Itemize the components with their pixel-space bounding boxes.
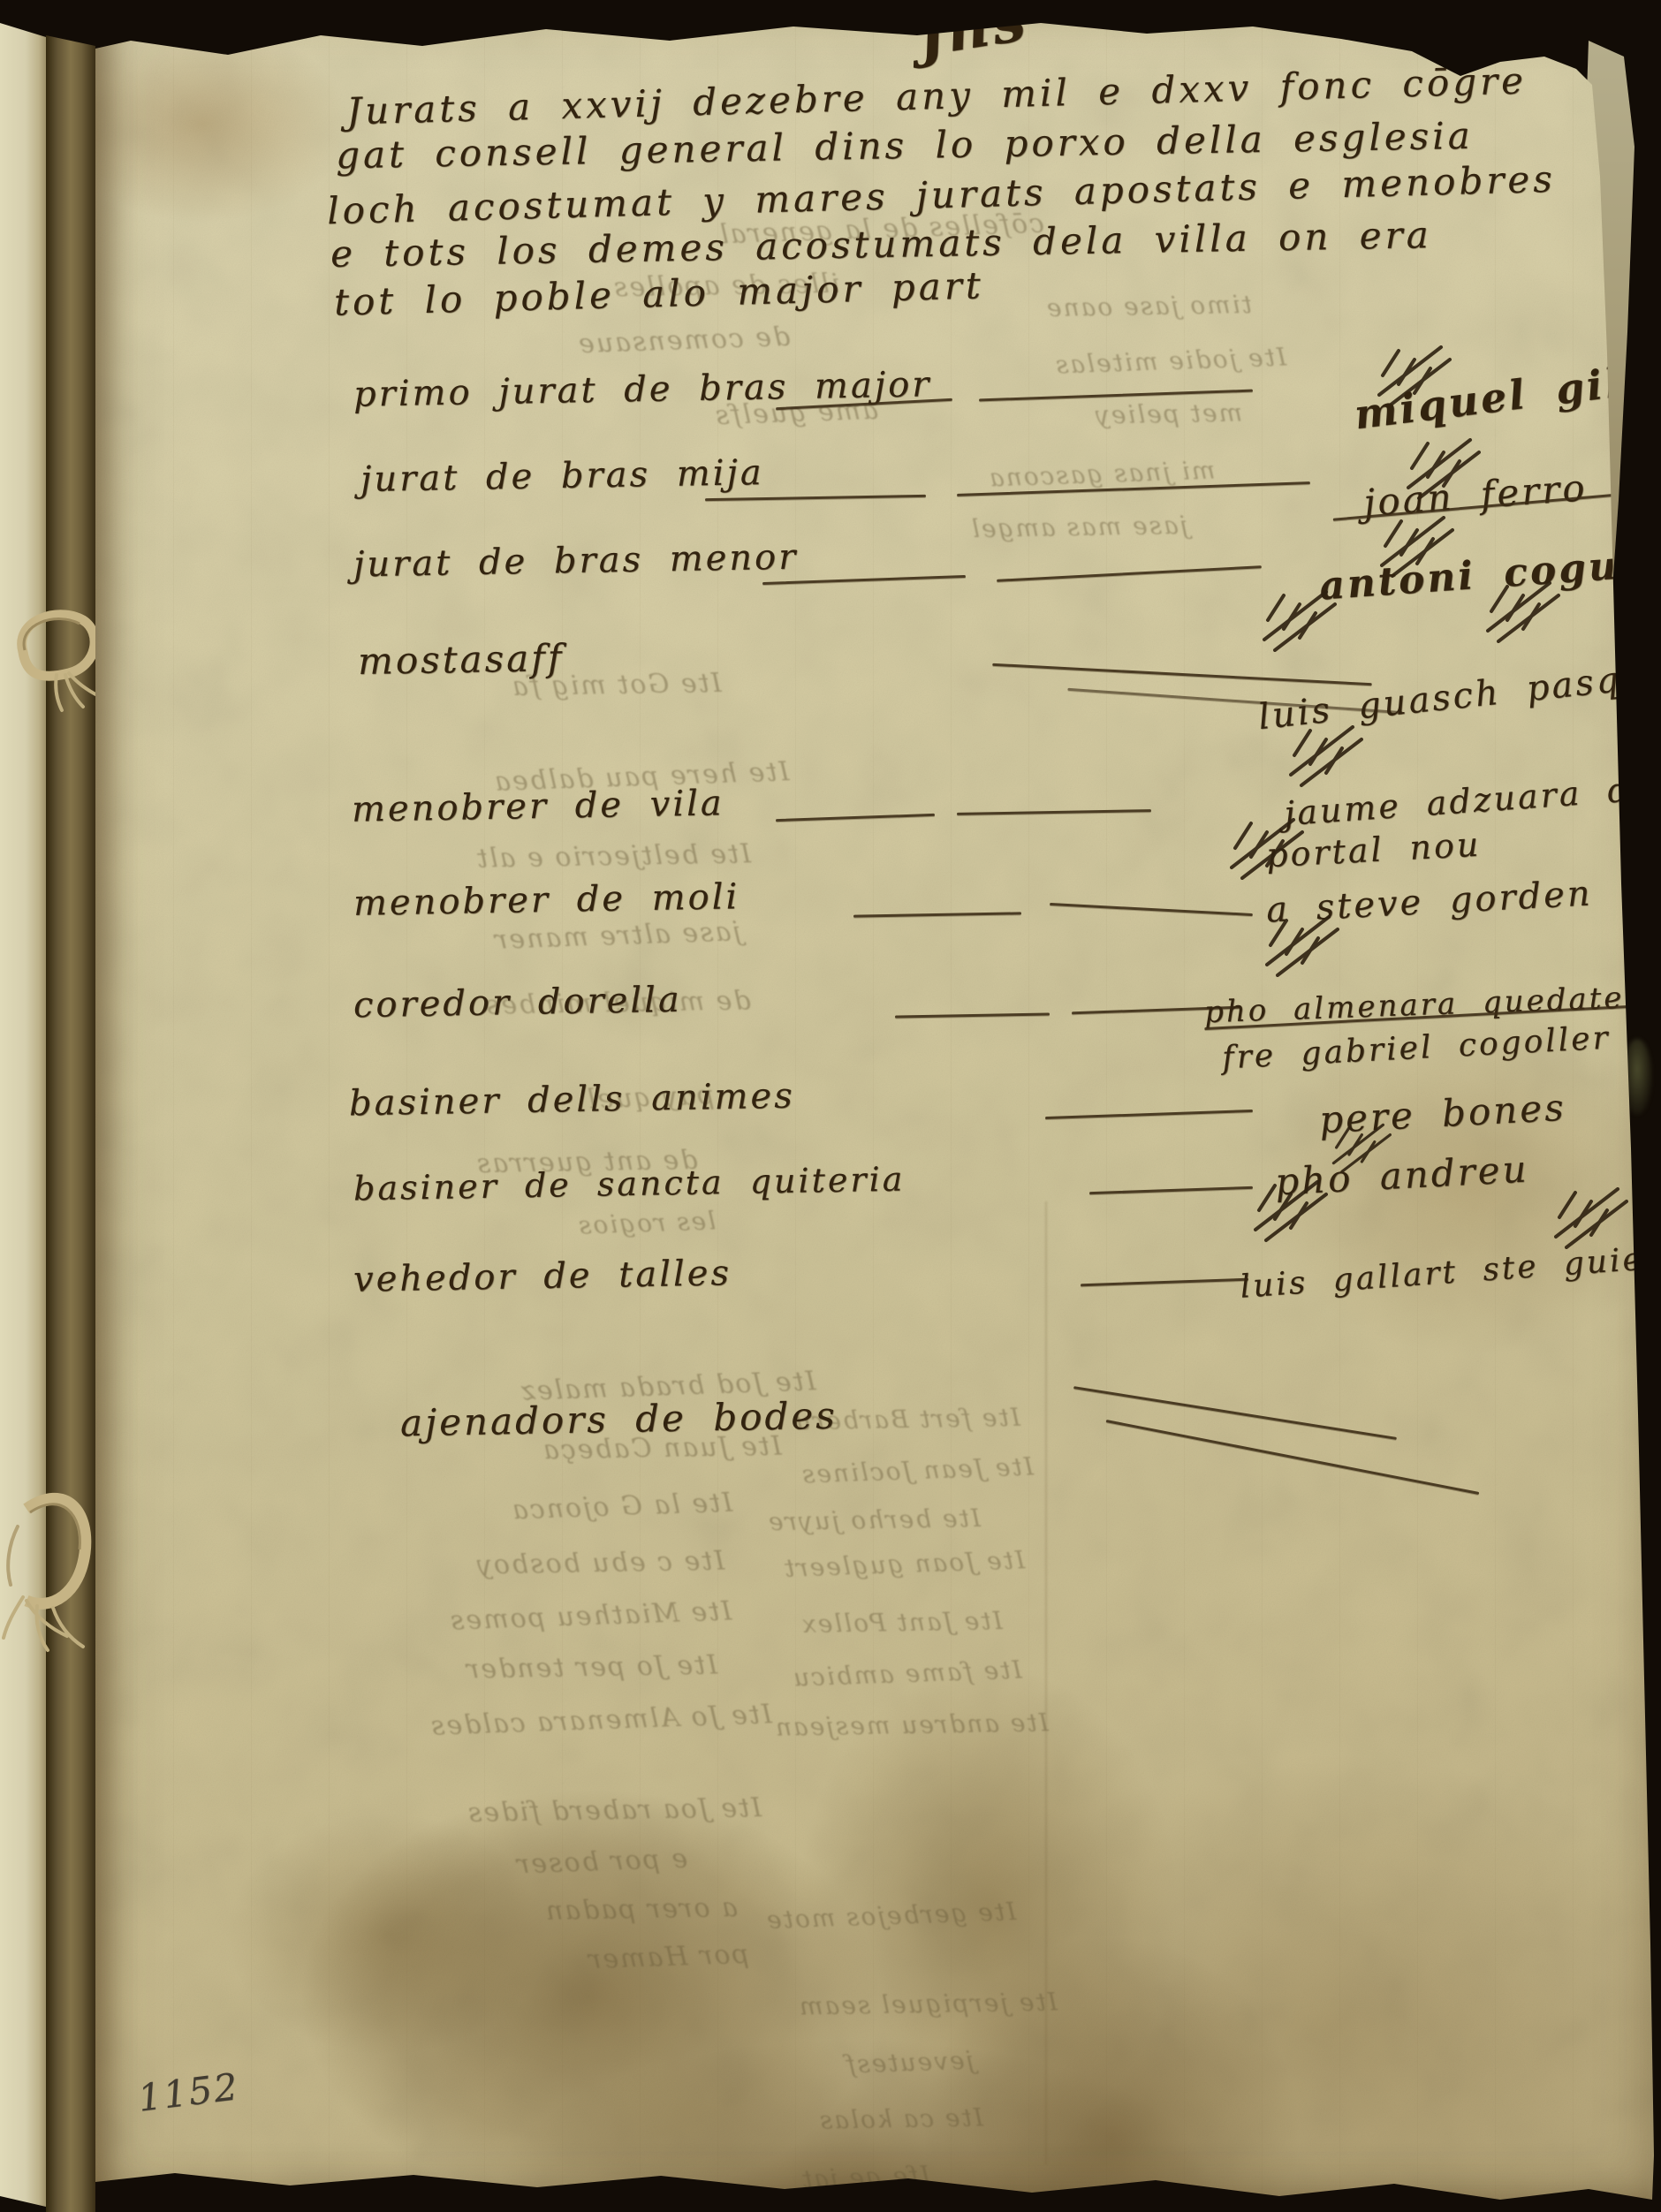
- ink-dash: [992, 663, 1372, 686]
- paper-crease: [1045, 1201, 1047, 2164]
- bleedthrough-text: Ite beltjecrio e alt: [475, 838, 752, 874]
- bleedthrough-text: Ite Jo Almenara caldes: [429, 1699, 773, 1742]
- bleedthrough-text: met peliey: [1094, 398, 1243, 430]
- entry-name: antoni cogul: [1318, 542, 1638, 610]
- bleedthrough-text: Ite Joa raberd fides: [466, 1792, 762, 1829]
- jhs-monogram: Jhs: [913, 0, 1033, 70]
- bleedthrough-text: Ite Jean Joclines: [800, 1451, 1035, 1489]
- tally-mark: [1481, 576, 1569, 655]
- bleedthrough-text: Ite andreu mesjean: [774, 1708, 1049, 1741]
- binding-gutter: [46, 0, 95, 2212]
- bleedthrough-text: Ite jodie mitelas: [1054, 342, 1287, 379]
- bleedthrough-text: les rogios: [576, 1206, 716, 1239]
- folio-number-top: 1163: [1429, 7, 1526, 60]
- bleedthrough-text: Ite Jo per tender: [465, 1650, 718, 1686]
- entry-label: vehedor de talles: [353, 1253, 732, 1299]
- ink-dash: [1081, 1278, 1248, 1287]
- entry-name-line2: fre gabriel cogoller: [1221, 1020, 1611, 1077]
- entry-label: basiner dells animes: [349, 1076, 795, 1125]
- bleedthrough-text: Ite jerpiguel seam: [798, 1987, 1058, 2020]
- bleedthrough-text: Ite Jant Pollex: [800, 1606, 1003, 1639]
- entry-label: ajenadors de bodes: [400, 1394, 838, 1445]
- tally-mark: [1257, 585, 1346, 664]
- bleedthrough-text: Ite Joan gugleert: [783, 1545, 1026, 1583]
- bleedthrough-text: Ite gerbejos mote: [765, 1897, 1017, 1935]
- binding-twine-bottom: [0, 1473, 106, 1668]
- ink-dash: [1073, 1386, 1397, 1440]
- entry-label: coredor dorella: [353, 980, 682, 1026]
- entry-label: mostasaff: [358, 636, 565, 683]
- bleedthrough-text: Ife ge jat: [800, 2160, 930, 2193]
- ink-dash: [1106, 1420, 1480, 1495]
- ink-dash: [957, 809, 1151, 815]
- bleedthrough-text: timo jase oane: [1045, 290, 1252, 322]
- ink-dash: [997, 565, 1262, 582]
- bleedthrough-text: por Hamer: [586, 1939, 749, 1975]
- bleedthrough-text: Ite berho juyre: [767, 1504, 981, 1536]
- entry-label: jurat de bras mija: [360, 452, 764, 500]
- ink-dash: [895, 1012, 1050, 1018]
- previous-page-edge: [0, 0, 46, 2212]
- ink-dash: [1045, 1110, 1253, 1119]
- manuscript-page: cōfelles de la general illes de apolles …: [95, 0, 1661, 2212]
- bleedthrough-text: Ite ca kolas: [818, 2102, 983, 2134]
- bleedthrough-text: jase mas amgel: [970, 511, 1188, 543]
- ink-dash: [1089, 1186, 1253, 1194]
- tally-mark: [1284, 720, 1372, 799]
- ink-dash: [705, 495, 926, 501]
- folio-number-bottom: 1152: [135, 2064, 241, 2120]
- entry-label: menobrer de moli: [353, 876, 740, 924]
- entry-label: menobrer de vila: [352, 783, 724, 829]
- tally-mark: [1260, 910, 1348, 989]
- bleedthrough-text: jase altre maner: [492, 916, 741, 956]
- bleedthrough-text: Ite Miatheu pomes: [448, 1595, 732, 1636]
- bleedthrough-text: Ite c ebu bosboy: [475, 1546, 725, 1581]
- tally-mark: [1248, 1175, 1337, 1254]
- bleedthrough-text: Ite fame ambicu: [792, 1655, 1023, 1692]
- entry-label: jurat de bras menor: [353, 537, 799, 586]
- ink-dash: [853, 912, 1021, 917]
- bleedthrough-text: Ite la G ojonca: [510, 1488, 732, 1526]
- bleedthrough-text: jeveutesf: [844, 2045, 974, 2079]
- tally-mark: [1225, 813, 1313, 892]
- bleedthrough-text: e por boser: [514, 1844, 687, 1881]
- manuscript-scan: cōfelles de la general illes de apolles …: [0, 0, 1661, 2212]
- bleedthrough-text: de comensaue: [576, 322, 790, 360]
- ink-dash: [776, 814, 935, 822]
- ink-dash: [1050, 903, 1253, 916]
- entry-label: basiner de sancta quiteria: [353, 1160, 906, 1208]
- bleedthrough-text: a orer padan: [544, 1892, 739, 1927]
